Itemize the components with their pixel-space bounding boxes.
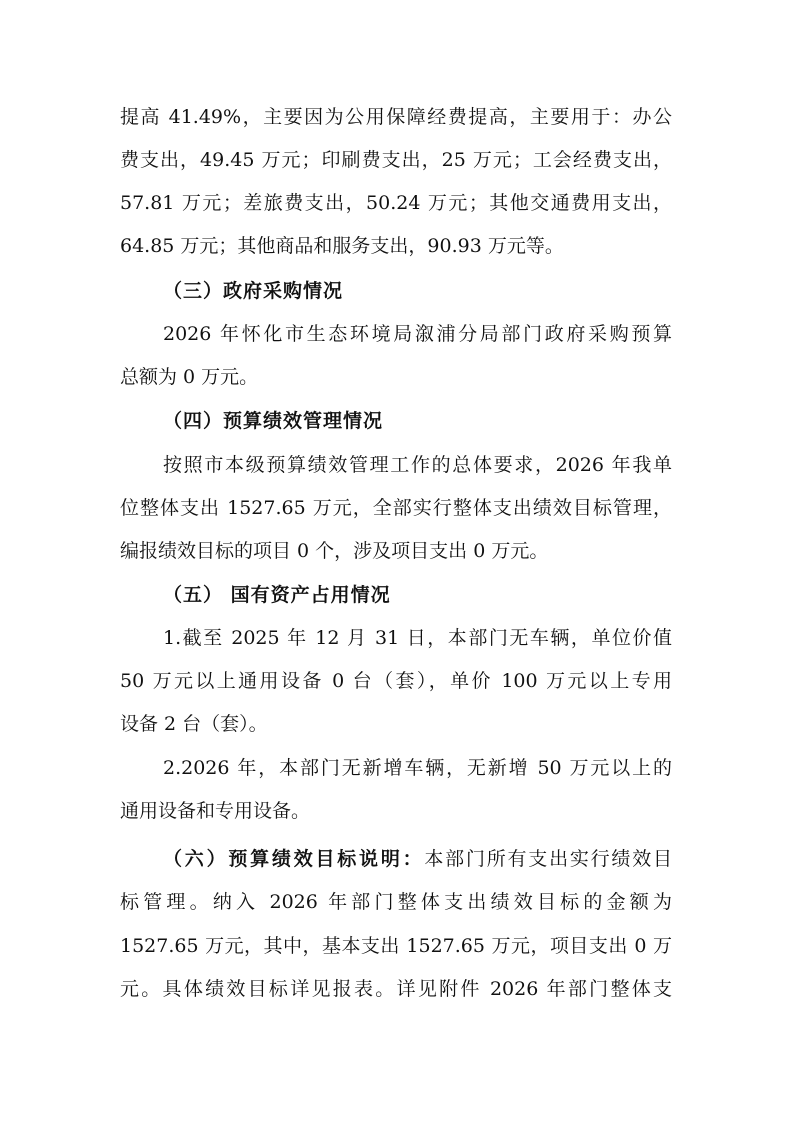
paragraph-line: 57.81 万元；差旅费支出，50.24 万元；其他交通费用支出， — [120, 189, 672, 217]
section-heading-performance-management: （四）预算绩效管理情况 — [163, 407, 383, 435]
paragraph-line: 位整体支出 1527.65 万元，全部实行整体支出绩效目标管理， — [120, 494, 672, 522]
paragraph-line: 1.截至 2025 年 12 月 31 日，本部门无车辆，单位价值 — [163, 624, 672, 652]
paragraph-line: 通用设备和专用设备。 — [120, 797, 672, 825]
paragraph-line: 2026 年怀化市生态环境局溆浦分局部门政府采购预算 — [163, 320, 672, 348]
paragraph-line: 50 万元以上通用设备 0 台（套），单价 100 万元以上专用 — [120, 667, 672, 695]
paragraph-line: 元。具体绩效目标详见报表。详见附件 2026 年部门整体支 — [120, 975, 672, 1003]
paragraph-line-with-heading: （六）预算绩效目标说明：本部门所有支出实行绩效目 — [163, 845, 672, 873]
document-page: 提高 41.49%，主要因为公用保障经费提高，主要用于：办公 费支出，49.45… — [0, 0, 793, 1122]
paragraph-text: 本部门所有支出实行绩效目 — [424, 848, 672, 870]
paragraph-line: 按照市本级预算绩效管理工作的总体要求，2026 年我单 — [163, 451, 672, 479]
section-heading-state-assets: （五） 国有资产占用情况 — [163, 581, 391, 609]
paragraph-line: 1527.65 万元，其中，基本支出 1527.65 万元，项目支出 0 万 — [120, 932, 672, 960]
paragraph-line: 编报绩效目标的项目 0 个，涉及项目支出 0 万元。 — [120, 537, 672, 565]
section-heading-government-procurement: （三）政府采购情况 — [163, 277, 343, 305]
paragraph-line: 2.2026 年，本部门无新增车辆，无新增 50 万元以上的 — [163, 754, 672, 782]
paragraph-line: 64.85 万元；其他商品和服务支出，90.93 万元等。 — [120, 232, 672, 260]
paragraph-line: 标管理。纳入 2026 年部门整体支出绩效目标的金额为 — [120, 888, 672, 916]
paragraph-line: 费支出，49.45 万元；印刷费支出，25 万元；工会经费支出， — [120, 146, 672, 174]
paragraph-line: 总额为 0 万元。 — [120, 363, 672, 391]
section-heading-performance-targets: （六）预算绩效目标说明： — [163, 848, 424, 870]
paragraph-line: 提高 41.49%，主要因为公用保障经费提高，主要用于：办公 — [120, 103, 672, 131]
paragraph-line: 设备 2 台（套）。 — [120, 710, 672, 738]
